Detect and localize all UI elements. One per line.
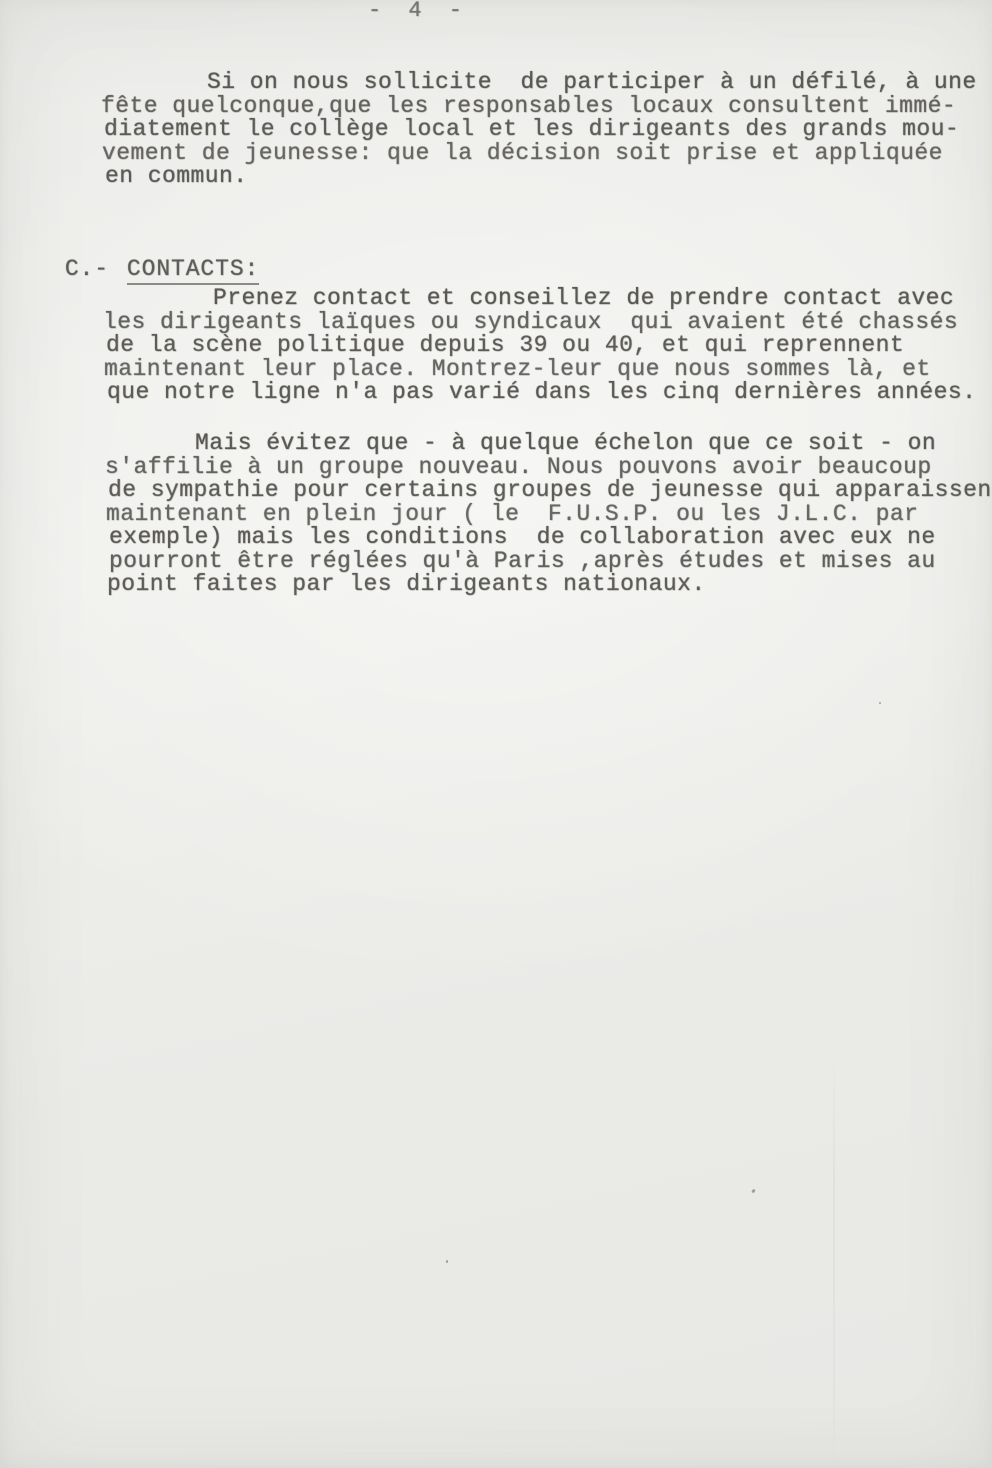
- scanned-document-page: - 4 - Si on nous sollicite de participer…: [0, 0, 992, 1468]
- section-index: C.-: [65, 256, 109, 282]
- text-line: de sympathie pour certains groupes de je…: [108, 479, 992, 503]
- text-line: diatement le collège local et les dirige…: [104, 118, 978, 142]
- text-line: maintenant leur place. Montrez-leur que …: [104, 358, 973, 382]
- contacts-paragraph-2: Mais évitez que - à quelque échelon que …: [107, 432, 992, 597]
- text-line: vement de jeunesse: que la décision soit…: [102, 142, 976, 166]
- text-line: exemple) mais les conditions de collabor…: [109, 526, 992, 550]
- text-line: Prenez contact et conseillez de prendre …: [105, 287, 974, 311]
- text-line: Mais évitez que - à quelque échelon que …: [107, 432, 992, 456]
- text-line: point faites par les dirigeants nationau…: [107, 573, 992, 597]
- text-line: en commun.: [105, 165, 979, 189]
- text-line: s'affilie à un groupe nouveau. Nous pouv…: [105, 456, 992, 480]
- paper-speck: [751, 1189, 756, 1194]
- text-line: les dirigeants laïques ou syndicaux qui …: [103, 311, 972, 335]
- text-line: pourront être réglées qu'à Paris ,après …: [109, 550, 992, 574]
- paper-speck: [446, 1260, 448, 1263]
- page-number: - 4 -: [368, 0, 469, 23]
- text-line: que notre ligne n'a pas varié dans les c…: [107, 381, 976, 405]
- text-line: maintenant en plein jour ( le F.U.S.P. o…: [106, 503, 992, 527]
- text-line: de la scène politique depuis 39 ou 40, e…: [106, 334, 975, 358]
- section-title: CONTACTS:: [127, 256, 259, 285]
- text-line: fête quelconque,que les responsables loc…: [101, 95, 975, 119]
- paper-speck: [879, 702, 881, 704]
- text-line: Si on nous sollicite de participer à un …: [103, 71, 977, 95]
- intro-paragraph: Si on nous sollicite de participer à un …: [103, 71, 977, 189]
- contacts-paragraph-1: Prenez contact et conseillez de prendre …: [105, 287, 974, 405]
- paper-crease: [833, 1055, 835, 1468]
